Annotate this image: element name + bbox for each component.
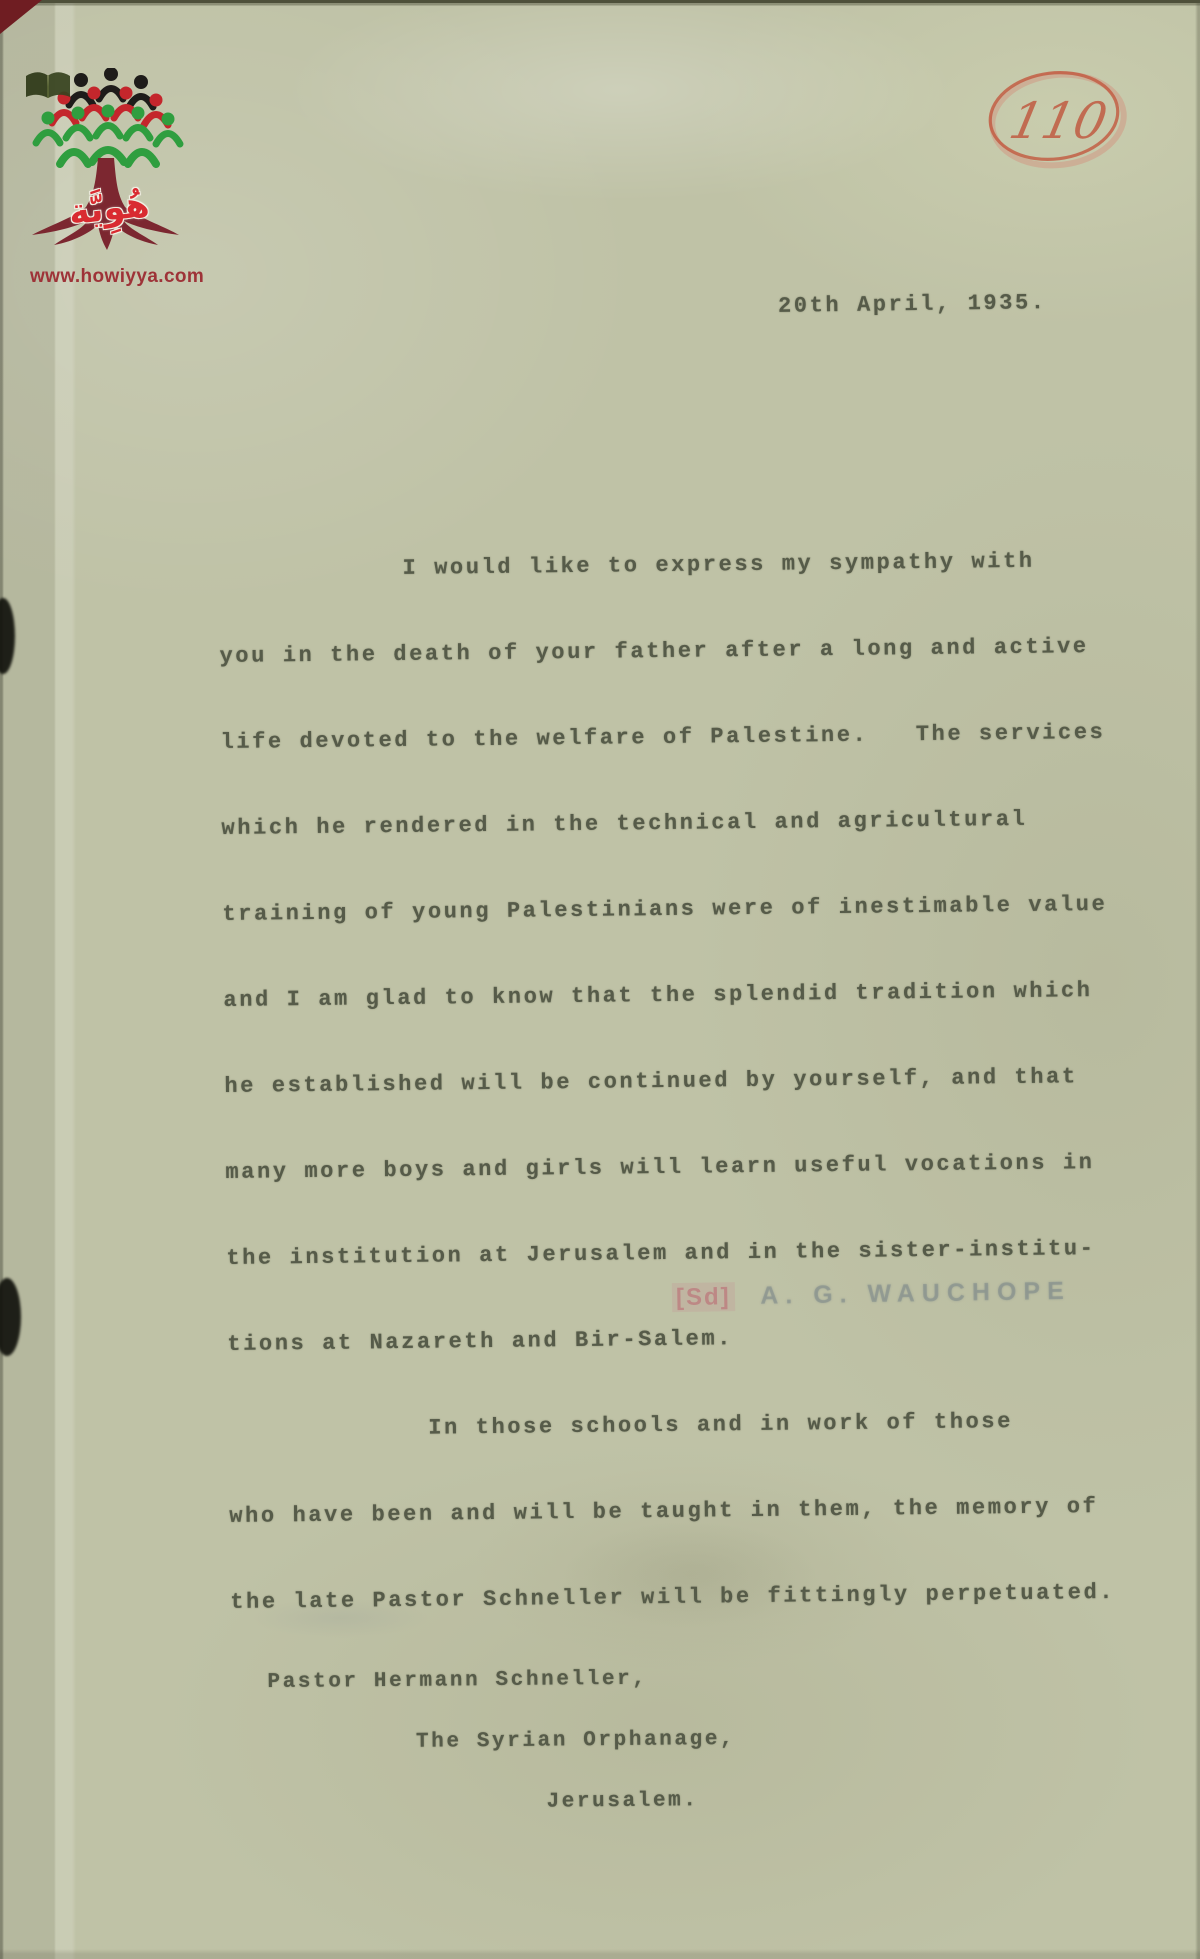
binding-shadow-top	[0, 598, 15, 674]
letter-line: In those schools and in work of those	[228, 1406, 1113, 1466]
handwritten-page-number: 110	[1004, 92, 1112, 150]
page-number-annotation: 110	[980, 58, 1140, 180]
scanned-letter-page: هُوِيَّة www.howiyya.com 110 20th April,…	[0, 0, 1200, 1959]
address-line: Jerusalem.	[268, 1788, 735, 1817]
signature-prefix: [Sd]	[672, 1282, 735, 1312]
letter-line: and I am glad to know that the splendid …	[223, 976, 1108, 1036]
letter-line: many more boys and girls will learn usef…	[225, 1148, 1110, 1208]
address-line: The Syrian Orphanage,	[268, 1727, 735, 1756]
open-book-icon	[24, 68, 72, 102]
letter-line: the late Pastor Schneller will be fittin…	[230, 1578, 1115, 1638]
address-line: Pastor Hermann Schneller,	[267, 1666, 734, 1695]
letter-line: you in the death of your father after a …	[219, 632, 1104, 692]
letter-line: training of young Palestinians were of i…	[222, 890, 1107, 950]
corner-fold-mark	[0, 0, 42, 34]
letter-line: which he rendered in the technical and a…	[221, 804, 1106, 864]
binding-shadow-bottom	[0, 1278, 21, 1356]
letter-line: he established will be continued by your…	[224, 1062, 1109, 1122]
recipient-address: Pastor Hermann Schneller, The Syrian Orp…	[267, 1630, 736, 1853]
letter-date: 20th April, 1935.	[778, 290, 1047, 319]
letter-line: tions at Nazareth and Bir-Salem.	[227, 1320, 1112, 1380]
letter-body: I would like to express my sympathy with…	[218, 510, 1116, 1674]
howiyya-watermark: هُوِيَّة www.howiyya.com	[24, 68, 194, 300]
letter-line: life devoted to the welfare of Palestine…	[220, 718, 1105, 778]
letter-line: I would like to express my sympathy with	[218, 546, 1103, 606]
website-url: www.howiyya.com	[30, 266, 190, 288]
signature-name: A. G. WAUCHOPE	[760, 1277, 1071, 1310]
letter-line: who have been and will be taught in them…	[229, 1492, 1114, 1552]
